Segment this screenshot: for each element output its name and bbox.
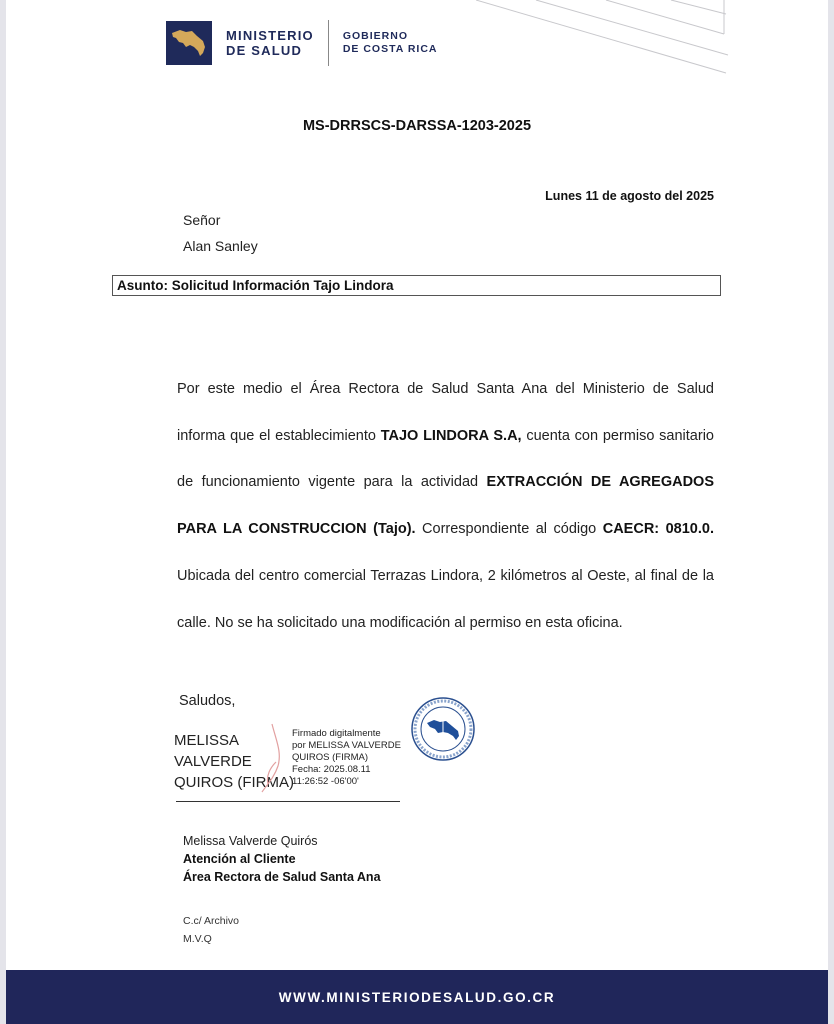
- gov-line1: GOBIERNO: [343, 30, 438, 43]
- handwritten-signature-icon: [252, 722, 292, 794]
- decorative-lines: [476, 0, 736, 80]
- signer-office: Área Rectora de Salud Santa Ana: [183, 868, 381, 886]
- digital-line5: 11:26:52 -06'00': [292, 776, 401, 788]
- ministry-logo: MINISTERIO DE SALUD GOBIERNO DE COSTA RI…: [166, 20, 438, 66]
- subject-box: Asunto: Solicitud Información Tajo Lindo…: [112, 275, 721, 296]
- signature-line: [176, 801, 400, 802]
- cc-initials: M.V.Q: [183, 930, 239, 948]
- digital-line1: Firmado digitalmente: [292, 728, 401, 740]
- cc-line1: C.c/ Archivo: [183, 912, 239, 930]
- document-number: MS-DRRSCS-DARSSA-1203-2025: [6, 118, 828, 134]
- digital-signature-details: Firmado digitalmente por MELISSA VALVERD…: [292, 728, 401, 788]
- ministry-line1: MINISTERIO: [226, 28, 314, 43]
- body-text-3: Correspondiente al código: [416, 521, 603, 537]
- signer-role: Atención al Cliente: [183, 850, 381, 868]
- body-text-4: Ubicada del centro comercial Terrazas Li…: [177, 568, 714, 631]
- document-date: Lunes 11 de agosto del 2025: [545, 189, 714, 203]
- logo-divider: [328, 20, 329, 66]
- signer-name: Melissa Valverde Quirós: [183, 832, 381, 850]
- ministry-name: MINISTERIO DE SALUD: [226, 28, 314, 58]
- footer-url: WWW.MINISTERIODESALUD.GO.CR: [279, 990, 555, 1005]
- official-seal-icon: [410, 696, 476, 762]
- body-paragraph: Por este medio el Área Rectora de Salud …: [177, 366, 714, 646]
- closing: Saludos,: [179, 693, 235, 709]
- cc-block: C.c/ Archivo M.V.Q: [183, 912, 239, 948]
- digital-line2: por MELISSA VALVERDE: [292, 740, 401, 752]
- caecr-code: CAECR: 0810.0.: [603, 521, 714, 537]
- signer-block: Melissa Valverde Quirós Atención al Clie…: [183, 832, 381, 886]
- document-page: MINISTERIO DE SALUD GOBIERNO DE COSTA RI…: [6, 0, 828, 1024]
- recipient: Señor Alan Sanley: [183, 207, 258, 259]
- recipient-name: Alan Sanley: [183, 233, 258, 259]
- company-name: TAJO LINDORA S.A,: [381, 428, 522, 444]
- government-name: GOBIERNO DE COSTA RICA: [343, 30, 438, 56]
- digital-line3: QUIROS (FIRMA): [292, 752, 401, 764]
- ministry-line2: DE SALUD: [226, 43, 314, 58]
- digital-line4: Fecha: 2025.08.11: [292, 764, 401, 776]
- costa-rica-map-icon: [166, 21, 212, 65]
- gov-line2: DE COSTA RICA: [343, 43, 438, 56]
- recipient-title: Señor: [183, 207, 258, 233]
- footer-bar: WWW.MINISTERIODESALUD.GO.CR: [6, 970, 828, 1024]
